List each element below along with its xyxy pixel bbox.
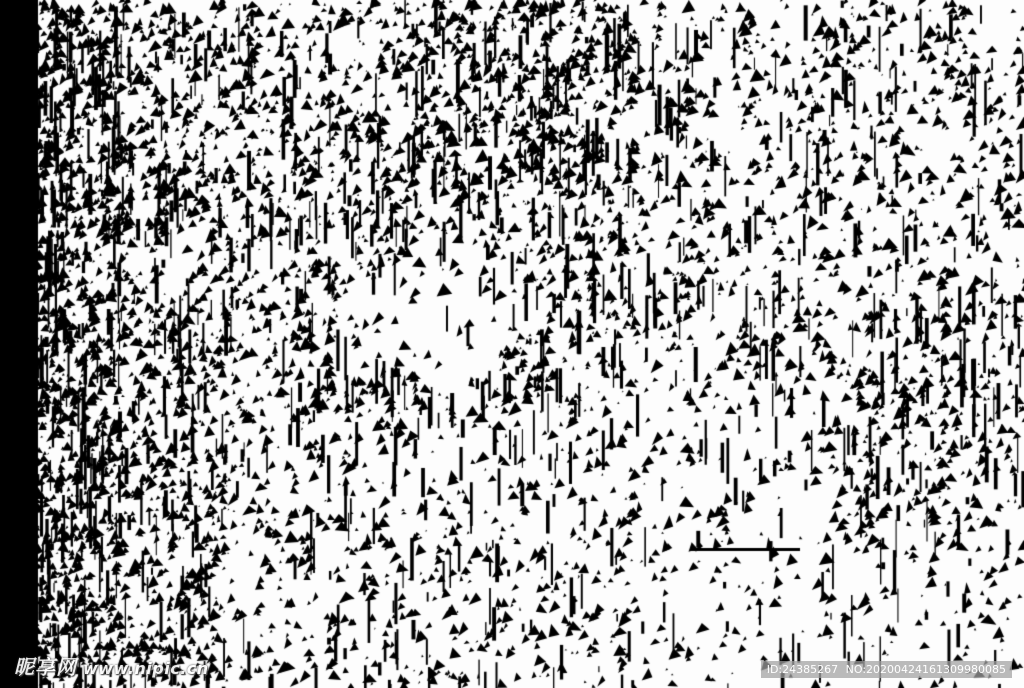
watermark-url: www.nipic.cn [83, 659, 209, 678]
grunge-texture-image: 昵享网 www.nipic.cn ID:24385267 NO:20200424… [0, 0, 1024, 688]
watermark-id: ID:24385267 [767, 663, 838, 676]
texture-canvas [0, 0, 1024, 688]
image-id-watermark: ID:24385267 NO:20200424161309980085 [761, 661, 1012, 678]
watermark-no: NO:20200424161309980085 [846, 663, 1006, 676]
watermark-brand: 昵享网 [14, 651, 77, 680]
nipic-watermark: 昵享网 www.nipic.cn [14, 651, 209, 680]
